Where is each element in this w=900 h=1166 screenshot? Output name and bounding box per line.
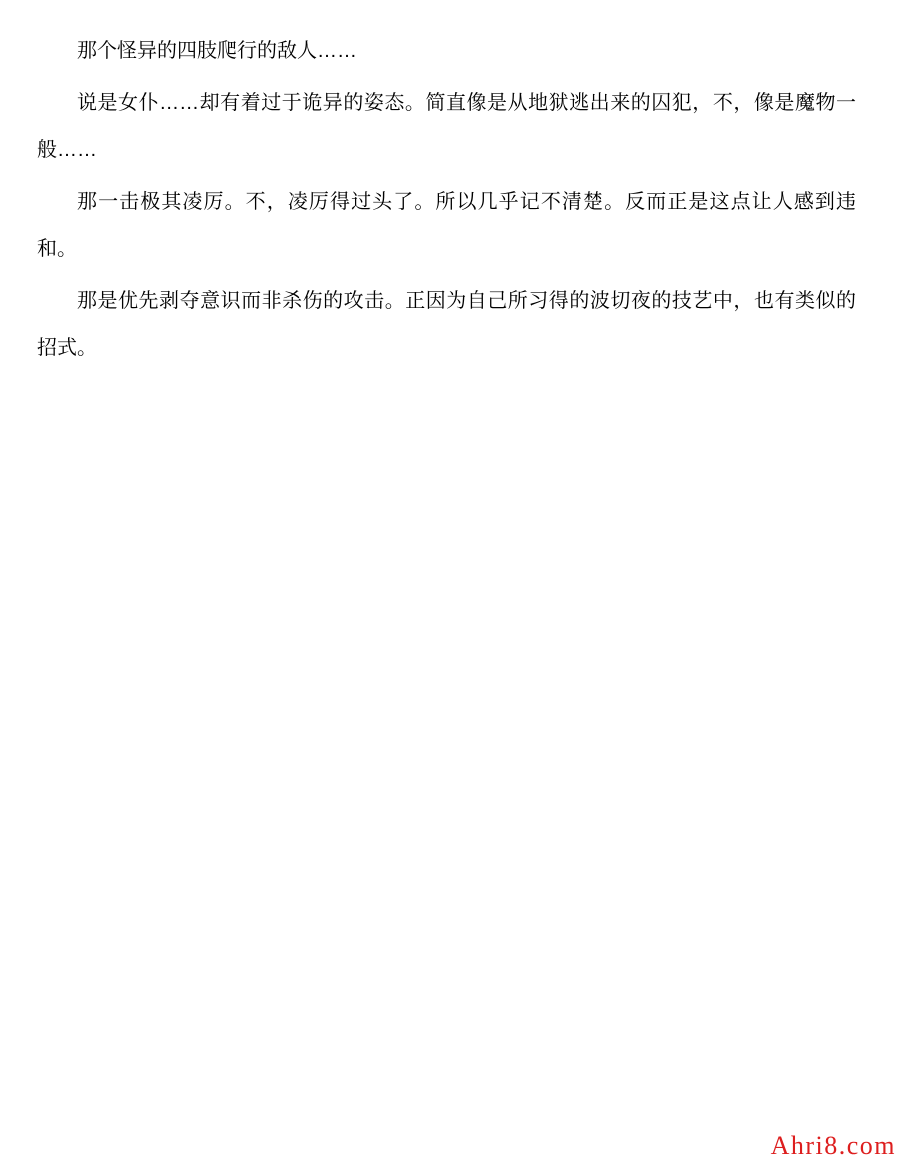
paragraph: 那一击极其凌厉。不，凌厉得过头了。所以几乎记不清楚。反而正是这点让人感到违和。	[37, 179, 856, 273]
document-page: 那个怪异的四肢爬行的敌人…… 说是女仆……却有着过于诡异的姿态。简直像是从地狱逃…	[0, 0, 900, 1166]
watermark: Ahri8.com	[771, 1132, 896, 1161]
text-content: 那个怪异的四肢爬行的敌人…… 说是女仆……却有着过于诡异的姿态。简直像是从地狱逃…	[37, 28, 856, 377]
paragraph: 说是女仆……却有着过于诡异的姿态。简直像是从地狱逃出来的囚犯，不，像是魔物一般……	[37, 80, 856, 174]
paragraph: 那个怪异的四肢爬行的敌人……	[37, 28, 856, 75]
paragraph: 那是优先剥夺意识而非杀伤的攻击。正因为自己所习得的波切夜的技艺中，也有类似的招式…	[37, 278, 856, 372]
